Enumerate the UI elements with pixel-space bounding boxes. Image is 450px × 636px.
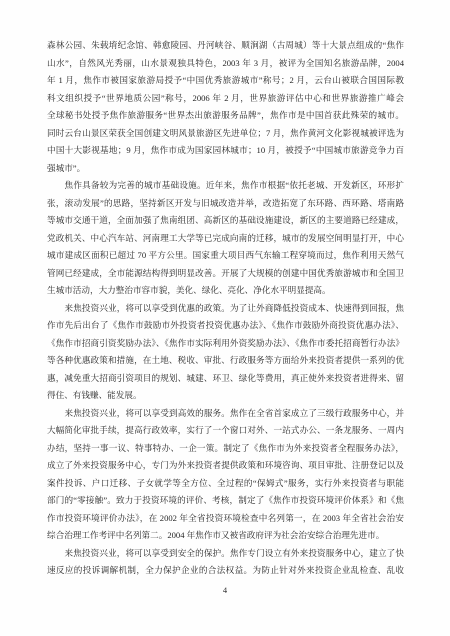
page-number: 4 bbox=[0, 585, 450, 595]
text-line: 城市建成区面积已超过 70 平方公里。国家重大项目西气东输工程穿境而过，焦作利用… bbox=[47, 247, 404, 265]
text-line: 等各种优惠政策和措施，在土地、税收、审批、行政服务等方面给外来投资者提供一系列的… bbox=[47, 352, 404, 370]
text-line: 年 1 月，焦作市被国家旅游局授予“中国优秀旅游城市”称号；2 月，云台山被联合… bbox=[47, 72, 404, 90]
text-line: 全球秘书处授予焦作旅游服务“世界杰出旅游服务品牌”，焦作市是中国首获此殊荣的城市… bbox=[47, 107, 404, 125]
text-line: 等城市交通干道，全面加强了焦南组团、高新区的基础设施建设，新区的主要道路已经建成… bbox=[47, 212, 404, 230]
text-line: 来焦投资兴业，将可以享受到高效的服务。焦作在全省首家成立了三级行政服务中心，并 bbox=[47, 405, 404, 423]
text-line: 来焦投资兴业，将可以享受到安全的保护。焦作专门设立有外来投资服务中心，建立了快 bbox=[47, 545, 404, 563]
document-body: 森林公园、朱载堉纪念馆、韩愈陵园、丹河峡谷、顺涧湖（古周城）等十大景点组成的“焦… bbox=[47, 37, 404, 580]
text-line: 焦作具备较为完善的城市基础设施。近年来，焦作市根据“依托老城、开发新区，环形扩 bbox=[47, 177, 404, 195]
text-line: 作市先后出台了《焦作市鼓励市外投资者投资优惠办法》、《焦作市鼓励外商投资优惠办法… bbox=[47, 317, 404, 335]
text-line: 综合治理工作考评中名列第二。2004 年焦作市又被省政府评为社会治安综合治理先进… bbox=[47, 527, 404, 545]
text-line: 同时云台山景区荣获全国创建文明风景旅游区先进单位；7 月，焦作黄河文化影视城被评… bbox=[47, 125, 404, 143]
text-line: 惠，减免重大招商引资项目的规划、城建、环卫、绿化等费用，真正使外来投资者进得来、… bbox=[47, 370, 404, 388]
document-page: 森林公园、朱载堉纪念馆、韩愈陵园、丹河峡谷、顺涧湖（古周城）等十大景点组成的“焦… bbox=[0, 0, 450, 636]
text-line: 中国十大影视基地；9 月，焦作市成为国家园林城市；10 月，被授予“中国城市旅游… bbox=[47, 142, 404, 160]
text-line: 党政机关、中心汽车站、河南理工大学等已完成向南的迁移，城市的发展空间明显打开，中… bbox=[47, 230, 404, 248]
text-line: 得住、有钱赚、能发展。 bbox=[47, 387, 404, 405]
text-line: 张，滚动发展”的思路，坚持新区开发与旧城改造并举，改造拓宽了东环路、西环路、塔南… bbox=[47, 195, 404, 213]
text-line: 大幅简化审批手续，提高行政效率，实行了一个窗口对外、一站式办公、一条龙服务、一周… bbox=[47, 422, 404, 440]
text-line: 速反应的投诉调解机制，全力保护企业的合法权益。为防止针对外来投资企业乱检查、乱收… bbox=[47, 562, 404, 580]
text-line: 成立了外来投资服务中心，专门为外来投资者提供政策和环境咨询、项目审批、注册登记以… bbox=[47, 457, 404, 475]
text-line: 作市投资环境评价办法》，在 2002 年全省投资环境检查中名列第一，在 2003… bbox=[47, 510, 404, 528]
text-line: 山水”，自然风光秀丽，山水景观独具特色，2003 年 3 月，被评为全国知名旅游… bbox=[47, 55, 404, 73]
text-line: 来焦投资兴业，将可以享受到优惠的政策。为了让外商降低投资成本、快速得到回报，焦 bbox=[47, 300, 404, 318]
text-line: 森林公园、朱载堉纪念馆、韩愈陵园、丹河峡谷、顺涧湖（古周城）等十大景点组成的“焦… bbox=[47, 37, 404, 55]
text-line: 生城市活动，大力整治市容市貌，美化、绿化、亮化、净化水平明显提高。 bbox=[47, 282, 404, 300]
text-line: 《焦作市招商引资奖励办法》、《焦作市实际利用外资奖励办法》、《焦作市委托招商暂行… bbox=[47, 335, 404, 353]
text-line: 案件投诉、户口迁移、子女就学等全方位、全过程的“保姆式”服务，实行外来投资者与职… bbox=[47, 475, 404, 493]
text-line: 管网已经建成，全市能源结构得到明显改善。开展了大规模的创建中国优秀旅游城市和全国… bbox=[47, 265, 404, 283]
text-line: 强城市”。 bbox=[47, 160, 404, 178]
text-line: 部门的“零接触”。致力于投资环境的评价、考核，制定了《焦作市投资环境评价体系》和… bbox=[47, 492, 404, 510]
text-line: 办结，坚持一事一议、特事特办、一企一策。制定了《焦作市为外来投资者全程服务办法》… bbox=[47, 440, 404, 458]
text-line: 科文组织授予“世界地质公园”称号，2006 年 2 月，世界旅游评估中心和世界旅… bbox=[47, 90, 404, 108]
